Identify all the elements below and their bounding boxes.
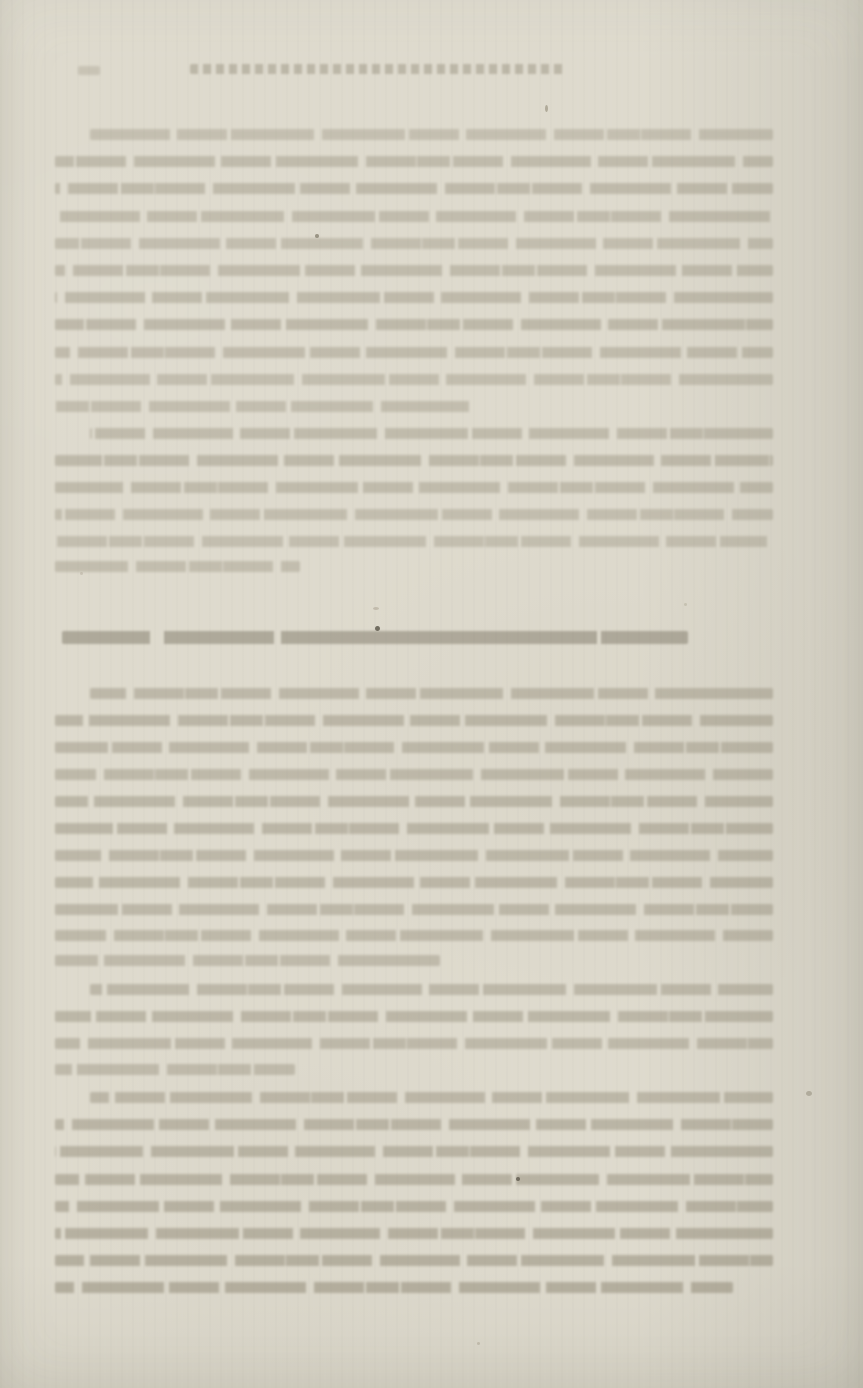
ink-speck-7 (516, 1177, 520, 1181)
text-line-paragraph-1-7 (55, 292, 773, 303)
text-line-paragraph-1-3 (55, 183, 773, 194)
text-line-paragraph-3-2 (55, 715, 773, 726)
text-line-paragraph-1-6 (55, 265, 773, 276)
text-line-paragraph-1-11 (55, 401, 470, 412)
text-line-paragraph-2-4 (55, 509, 773, 520)
text-line-paragraph-3-7 (55, 850, 773, 861)
text-line-paragraph-1-2 (55, 156, 773, 167)
text-line-paragraph-5-6 (55, 1228, 773, 1239)
text-line-paragraph-2-6 (55, 561, 300, 572)
ink-speck-1 (545, 105, 548, 112)
text-line-paragraph-3-4 (55, 769, 773, 780)
text-line-paragraph-5-1 (90, 1092, 773, 1103)
ink-speck-8 (806, 1091, 812, 1096)
page-number-blob (78, 66, 100, 75)
scanned-page: Scanned book page: print is almost compl… (0, 0, 863, 1388)
text-line-paragraph-5-3 (55, 1146, 773, 1157)
text-line-paragraph-3-8 (55, 877, 773, 888)
text-line-paragraph-3-10 (55, 930, 773, 941)
ink-speck-4 (684, 603, 687, 606)
running-title-blob (190, 64, 565, 74)
text-line-paragraph-1-8 (55, 319, 773, 330)
text-layer (0, 0, 863, 1388)
text-line-paragraph-2-1 (90, 428, 773, 439)
text-line-paragraph-3-6 (55, 823, 773, 834)
text-line-paragraph-2-3 (55, 482, 773, 493)
text-line-paragraph-5-7 (55, 1255, 773, 1266)
ink-speck-9 (477, 1342, 480, 1345)
ink-speck-3 (80, 572, 83, 575)
text-line-paragraph-3-3 (55, 742, 773, 753)
text-line-paragraph-4-3 (55, 1038, 773, 1049)
ink-speck-5 (373, 607, 379, 610)
text-line-paragraph-1-1 (90, 129, 773, 140)
text-line-paragraph-3-11 (55, 955, 440, 966)
text-line-paragraph-3-1 (90, 688, 773, 699)
text-line-paragraph-3-5 (55, 796, 773, 807)
text-line-paragraph-5-2 (55, 1119, 773, 1130)
ink-speck-2 (315, 234, 319, 238)
text-line-paragraph-5-4 (55, 1174, 773, 1185)
text-line-paragraph-1-5 (55, 238, 773, 249)
text-line-paragraph-4-2 (55, 1011, 773, 1022)
text-line-paragraph-4-1 (90, 984, 773, 995)
text-line-paragraph-1-4 (55, 211, 773, 222)
text-line-paragraph-5-8 (55, 1282, 733, 1293)
text-line-paragraph-3-9 (55, 904, 773, 915)
text-line-paragraph-1-9 (55, 347, 773, 358)
text-line-paragraph-5-5 (55, 1201, 773, 1212)
text-line-paragraph-1-10 (55, 374, 773, 385)
text-line-paragraph-2-2 (55, 455, 773, 466)
text-line-paragraph-2-5 (55, 536, 773, 547)
text-line-paragraph-4-4 (55, 1064, 295, 1075)
text-line-section-heading-1 (62, 631, 688, 644)
ink-speck-6 (375, 626, 380, 631)
